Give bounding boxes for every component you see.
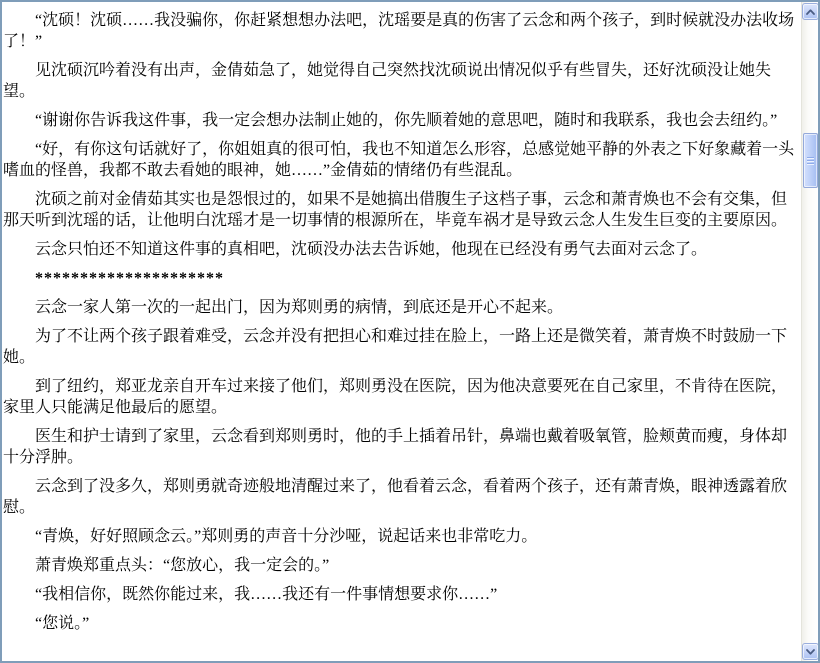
paragraph: “好，有你这句话就好了，你姐姐真的很可怕，我也不知道怎么形容，总感觉她平静的外表… [3,139,799,181]
paragraph: “青焕，好好照顾念云。”郑则勇的声音十分沙哑，说起话来也非常吃力。 [3,526,799,547]
paragraph: “您说。” [3,613,799,634]
paragraph: 到了纽约，郑亚龙亲自开车过来接了他们，郑则勇没在医院，因为他决意要死在自己家里，… [3,376,799,418]
paragraph: 云念只怕还不知道这件事的真相吧，沈硕没办法去告诉她，他现在已经没有勇气去面对云念… [3,239,799,260]
paragraph: 云念到了没多久，郑则勇就奇迹般地清醒过来了，他看着云念，看着两个孩子，还有萧青焕… [3,476,799,518]
paragraph: 医生和护士请到了家里，云念看到郑则勇时，他的手上插着吊针，鼻端也戴着吸氧管，脸颊… [3,426,799,468]
scrollbar-thumb[interactable] [803,133,818,188]
paragraph: 为了不让两个孩子跟着难受，云念并没有把担心和难过挂在脸上，一路上还是微笑着，萧青… [3,326,799,368]
paragraph: 沈硕之前对金倩茹其实也是怨恨过的，如果不是她搞出借腹生子这档子事，云念和萧青焕也… [3,189,799,231]
document-viewer: “沈硕！沈硕……我没骗你，你赶紧想想办法吧，沈瑶要是真的伤害了云念和两个孩子，到… [0,0,820,663]
paragraph: “我相信你，既然你能过来，我……我还有一件事情想要求你……” [3,584,799,605]
paragraph: 见沈硕沉吟着没有出声，金倩茹急了，她觉得自己突然找沈硕说出情况似乎有些冒失，还好… [3,60,799,102]
paragraph: 云念一家人第一次的一起出门，因为郑则勇的病情，到底还是开心不起来。 [3,297,799,318]
paragraph: “沈硕！沈硕……我没骗你，你赶紧想想办法吧，沈瑶要是真的伤害了云念和两个孩子，到… [3,10,799,52]
vertical-scrollbar[interactable] [801,2,818,661]
paragraph: ********************* [3,268,799,289]
chevron-up-icon [806,9,815,15]
chevron-down-icon [806,649,815,655]
paragraph: “谢谢你告诉我这件事，我一定会想办法制止她的，你先顺着她的意思吧，随时和我联系，… [3,110,799,131]
scrollbar-grip-icon [807,157,814,165]
story-text: “沈硕！沈硕……我没骗你，你赶紧想想办法吧，沈瑶要是真的伤害了云念和两个孩子，到… [2,2,801,661]
scroll-down-button[interactable] [802,643,819,660]
scrollbar-track[interactable] [802,20,819,643]
paragraph: 萧青焕郑重点头：“您放心，我一定会的。” [3,555,799,576]
scroll-up-button[interactable] [802,3,819,20]
